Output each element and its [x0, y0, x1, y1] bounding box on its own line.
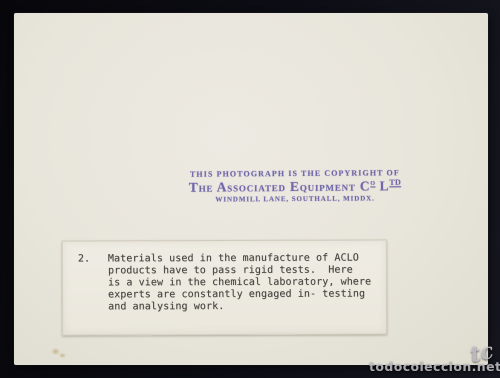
typed-caption-text: 2. Materials used in the manufacture of …: [78, 252, 371, 313]
dark-background-frame: THIS PHOTOGRAPH IS THE COPYRIGHT OF The …: [0, 0, 500, 378]
copyright-stamp: THIS PHOTOGRAPH IS THE COPYRIGHT OF The …: [171, 167, 419, 206]
caption-body: Materials used in the manufacture of ACL…: [108, 252, 371, 313]
caption-line: and analysing work.: [108, 300, 371, 313]
stamp-address: WINDMILL LANE, SOUTHALL, MIDDX.: [171, 193, 419, 206]
stamp-company-name: The Associated Equipment Co LTD: [171, 178, 419, 195]
caption-line: experts are constantly engaged in- testi…: [108, 288, 371, 301]
caption-line: Materials used in the manufacture of ACL…: [108, 252, 371, 265]
photo-back-card: THIS PHOTOGRAPH IS THE COPYRIGHT OF The …: [14, 13, 488, 365]
typed-caption-label: 2. Materials used in the manufacture of …: [62, 239, 387, 335]
stamp-company-name-main: The Associated Equipment C: [189, 178, 371, 194]
stain-mark: [59, 353, 66, 358]
stamp-company-name-mid: L: [375, 178, 389, 193]
stamp-ltd-superscript: TD: [389, 178, 401, 187]
caption-item-number: 2.: [78, 253, 96, 313]
caption-line: products have to pass rigid tests. Here: [108, 264, 371, 277]
caption-line: is a view in the chemical laboratory, wh…: [108, 276, 371, 289]
watermark-tc-logo-icon: tc: [468, 338, 496, 368]
